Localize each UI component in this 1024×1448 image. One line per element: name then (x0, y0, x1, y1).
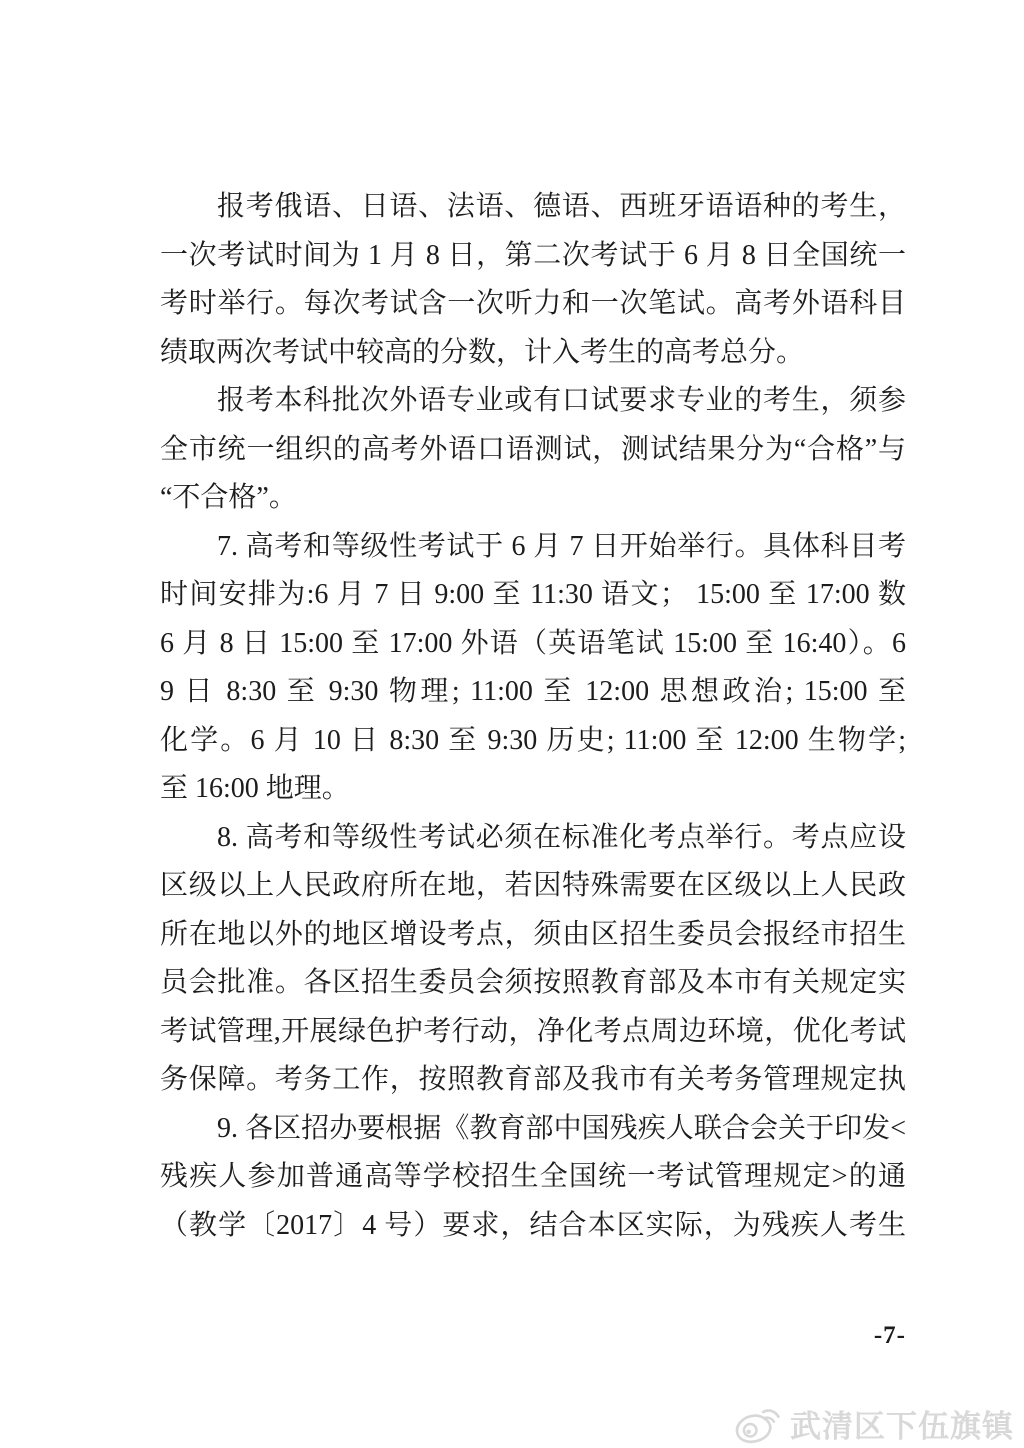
text-line: 7. 高考和等级性考试于 6 月 7 日开始举行。具体科目考试 (160, 523, 906, 572)
text-line: “不合格”。 (160, 474, 906, 523)
paragraph: 报考本科批次外语专业或有口试要求专业的考生，须参加 全市统一组织的高考外语口语测… (160, 377, 906, 523)
document-page: 报考俄语、日语、法语、德语、西班牙语语种的考生，第 一次考试时间为 1 月 8 … (0, 0, 1024, 1448)
paragraph: 报考俄语、日语、法语、德语、西班牙语语种的考生，第 一次考试时间为 1 月 8 … (160, 183, 906, 377)
text-line: 所在地以外的地区增设考点，须由区招生委员会报经市招生委 (160, 911, 906, 960)
text-line: 务保障。考务工作，按照教育部及我市有关考务管理规定执行。 (160, 1056, 906, 1105)
text-line: 残疾人参加普通高等学校招生全国统一考试管理规定>的通知》 (160, 1153, 906, 1202)
text-line: 9. 各区招办要根据《教育部中国残疾人联合会关于印发< (160, 1105, 906, 1154)
text-line: 至 16:00 地理。 (160, 765, 906, 814)
text-line: 8. 高考和等级性考试必须在标准化考点举行。考点应设在 (160, 814, 906, 863)
text-line: 9 日 8:30 至 9:30 物理; 11:00 至 12:00 思想政治; … (160, 668, 906, 717)
text-line: 化学。6 月 10 日 8:30 至 9:30 历史; 11:00 至 12:0… (160, 717, 906, 766)
weibo-icon (732, 1403, 782, 1445)
text-line: 一次考试时间为 1 月 8 日，第二次考试于 6 月 8 日全国统一高 (160, 232, 906, 281)
text-line: 考试管理,开展绿色护考行动，净化考点周边环境，优化考试服 (160, 1008, 906, 1057)
paragraph: 9. 各区招办要根据《教育部中国残疾人联合会关于印发< 残疾人参加普通高等学校招… (160, 1105, 906, 1251)
text-line: 考时举行。每次考试含一次听力和一次笔试。高考外语科目成 (160, 280, 906, 329)
text-line: 报考俄语、日语、法语、德语、西班牙语语种的考生，第 (160, 183, 906, 232)
text-line: 时间安排为:6 月 7 日 9:00 至 11:30 语文； 15:00 至 1… (160, 571, 906, 620)
text-line: （教学〔2017〕4 号）要求，结合本区实际，为残疾人考生平 (160, 1202, 906, 1251)
text-block: 报考俄语、日语、法语、德语、西班牙语语种的考生，第 一次考试时间为 1 月 8 … (160, 183, 906, 1250)
watermark-text: 武清区下伍旗镇 (790, 1401, 1014, 1446)
page-number: -7- (874, 1322, 906, 1350)
text-line: 全市统一组织的高考外语口语测试，测试结果分为“合格”与 (160, 426, 906, 475)
text-line: 绩取两次考试中较高的分数，计入考生的高考总分。 (160, 329, 906, 378)
paragraph: 7. 高考和等级性考试于 6 月 7 日开始举行。具体科目考试 时间安排为:6 … (160, 523, 906, 814)
watermark: 武清区下伍旗镇 (732, 1401, 1014, 1446)
text-line: 报考本科批次外语专业或有口试要求专业的考生，须参加 (160, 377, 906, 426)
text-line: 区级以上人民政府所在地，若因特殊需要在区级以上人民政府 (160, 862, 906, 911)
text-line: 员会批准。各区招生委员会须按照教育部及本市有关规定实施 (160, 959, 906, 1008)
text-line: 6 月 8 日 15:00 至 17:00 外语（英语笔试 15:00 至 16… (160, 620, 906, 669)
paragraph: 8. 高考和等级性考试必须在标准化考点举行。考点应设在 区级以上人民政府所在地，… (160, 814, 906, 1105)
